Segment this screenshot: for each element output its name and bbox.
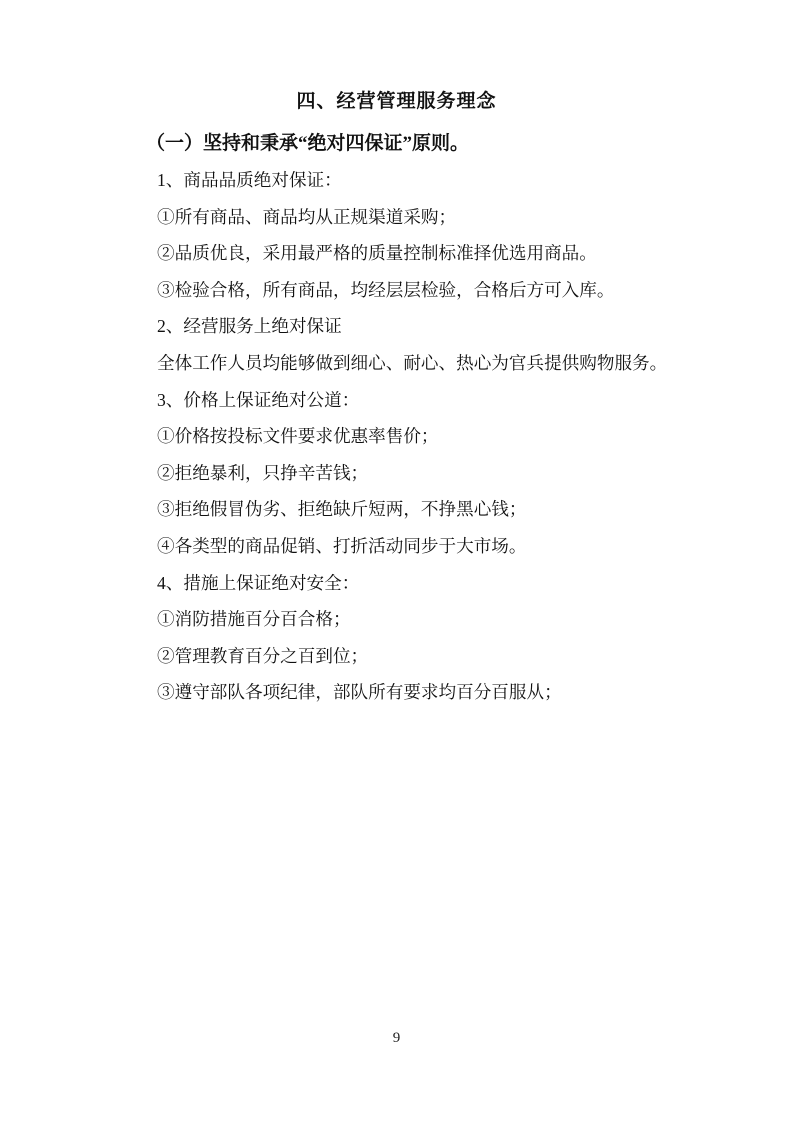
paragraph-item-1: 1、商品品质绝对保证： (157, 162, 693, 199)
body-lines: 1、商品品质绝对保证： ①所有商品、商品均从正规渠道采购； ②品质优良，采用最严… (0, 162, 793, 711)
document-body: 四、经营管理服务理念 （一）坚持和秉承“绝对四保证”原则。 1、商品品质绝对保证… (0, 88, 793, 711)
document-page: 四、经营管理服务理念 （一）坚持和秉承“绝对四保证”原则。 1、商品品质绝对保证… (0, 0, 793, 1122)
paragraph-subitem-4-1: ①消防措施百分百合格； (157, 601, 693, 638)
paragraph-subitem-4-3: ③遵守部队各项纪律，部队所有要求均百分百服从； (157, 674, 693, 711)
paragraph-subitem-4-2: ②管理教育百分之百到位； (157, 638, 693, 675)
paragraph-item-2-text: 全体工作人员均能够做到细心、耐心、热心为官兵提供购物服务。 (157, 345, 693, 382)
paragraph-item-3: 3、价格上保证绝对公道： (157, 382, 693, 419)
document-title: 四、经营管理服务理念 (0, 88, 793, 116)
paragraph-subitem-3-2: ②拒绝暴利，只挣辛苦钱； (157, 455, 693, 492)
paragraph-item-2: 2、经营服务上绝对保证 (157, 308, 693, 345)
page-number: 9 (0, 1028, 793, 1048)
paragraph-subitem-1-3: ③检验合格，所有商品，均经层层检验，合格后方可入库。 (157, 272, 693, 309)
paragraph-item-4: 4、措施上保证绝对安全： (157, 565, 693, 602)
section-heading: （一）坚持和秉承“绝对四保证”原则。 (146, 129, 693, 159)
paragraph-subitem-1-1: ①所有商品、商品均从正规渠道采购； (157, 199, 693, 236)
paragraph-subitem-1-2: ②品质优良，采用最严格的质量控制标准择优选用商品。 (157, 235, 693, 272)
paragraph-subitem-3-1: ①价格按投标文件要求优惠率售价； (157, 418, 693, 455)
paragraph-subitem-3-3: ③拒绝假冒伪劣、拒绝缺斤短两，不挣黑心钱； (157, 491, 693, 528)
paragraph-subitem-3-4: ④各类型的商品促销、打折活动同步于大市场。 (157, 528, 693, 565)
